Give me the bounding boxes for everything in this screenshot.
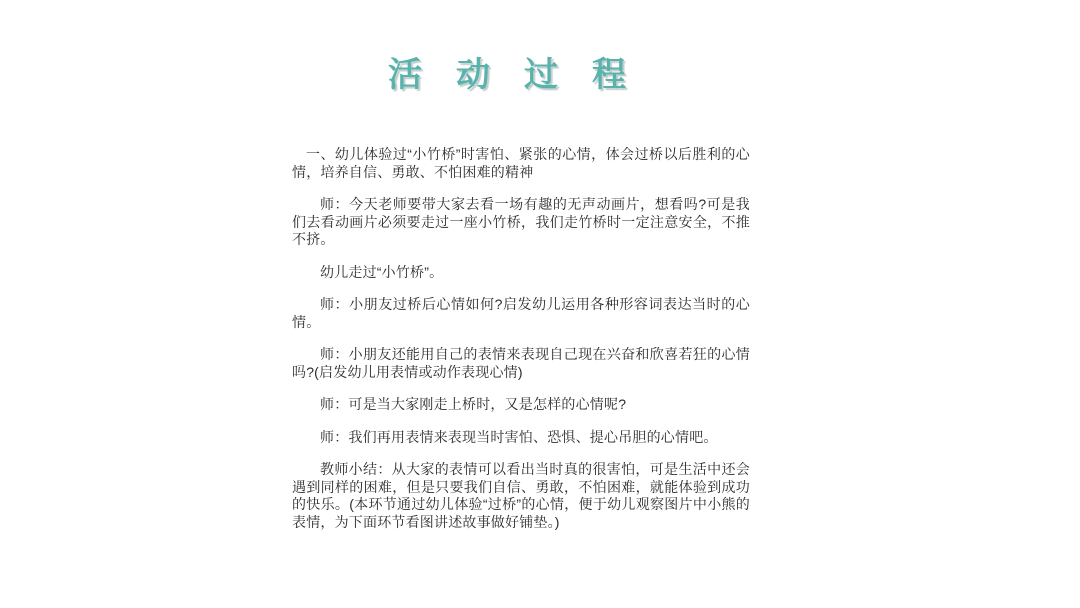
paragraph-children-cross-bridge: 幼儿走过“小竹桥”。 [292, 264, 750, 282]
paragraph-teacher-summary: 教师小结：从大家的表情可以看出当时真的很害怕，可是生活中还会遇到同样的困难，但是… [292, 461, 750, 531]
slide-title: 活 动 过 程 [388, 54, 626, 97]
paragraph-teacher-fear-expression: 师：我们再用表情来表现当时害怕、恐惧、提心吊胆的心情吧。 [292, 429, 750, 447]
paragraph-teacher-question-after-bridge: 师：小朋友过桥后心情如何?启发幼儿运用各种形容词表达当时的心情。 [292, 296, 750, 331]
paragraph-teacher-question-on-bridge: 师：可是当大家刚走上桥时，又是怎样的心情呢? [292, 396, 750, 414]
paragraph-teacher-intro: 师：今天老师要带大家去看一场有趣的无声动画片，想看吗?可是我们去看动画片必须要走… [292, 196, 750, 249]
slide-body-text-block: 一、幼儿体验过“小竹桥”时害怕、紧张的心情，体会过桥以后胜利的心情，培养自信、勇… [292, 146, 750, 546]
paragraph-teacher-expression-prompt: 师：小朋友还能用自己的表情来表现自己现在兴奋和欣喜若狂的心情吗?(启发幼儿用表情… [292, 346, 750, 381]
paragraph-activity-goal: 一、幼儿体验过“小竹桥”时害怕、紧张的心情，体会过桥以后胜利的心情，培养自信、勇… [292, 146, 750, 181]
presentation-slide: 活 动 过 程 一、幼儿体验过“小竹桥”时害怕、紧张的心情，体会过桥以后胜利的心… [0, 0, 1080, 608]
